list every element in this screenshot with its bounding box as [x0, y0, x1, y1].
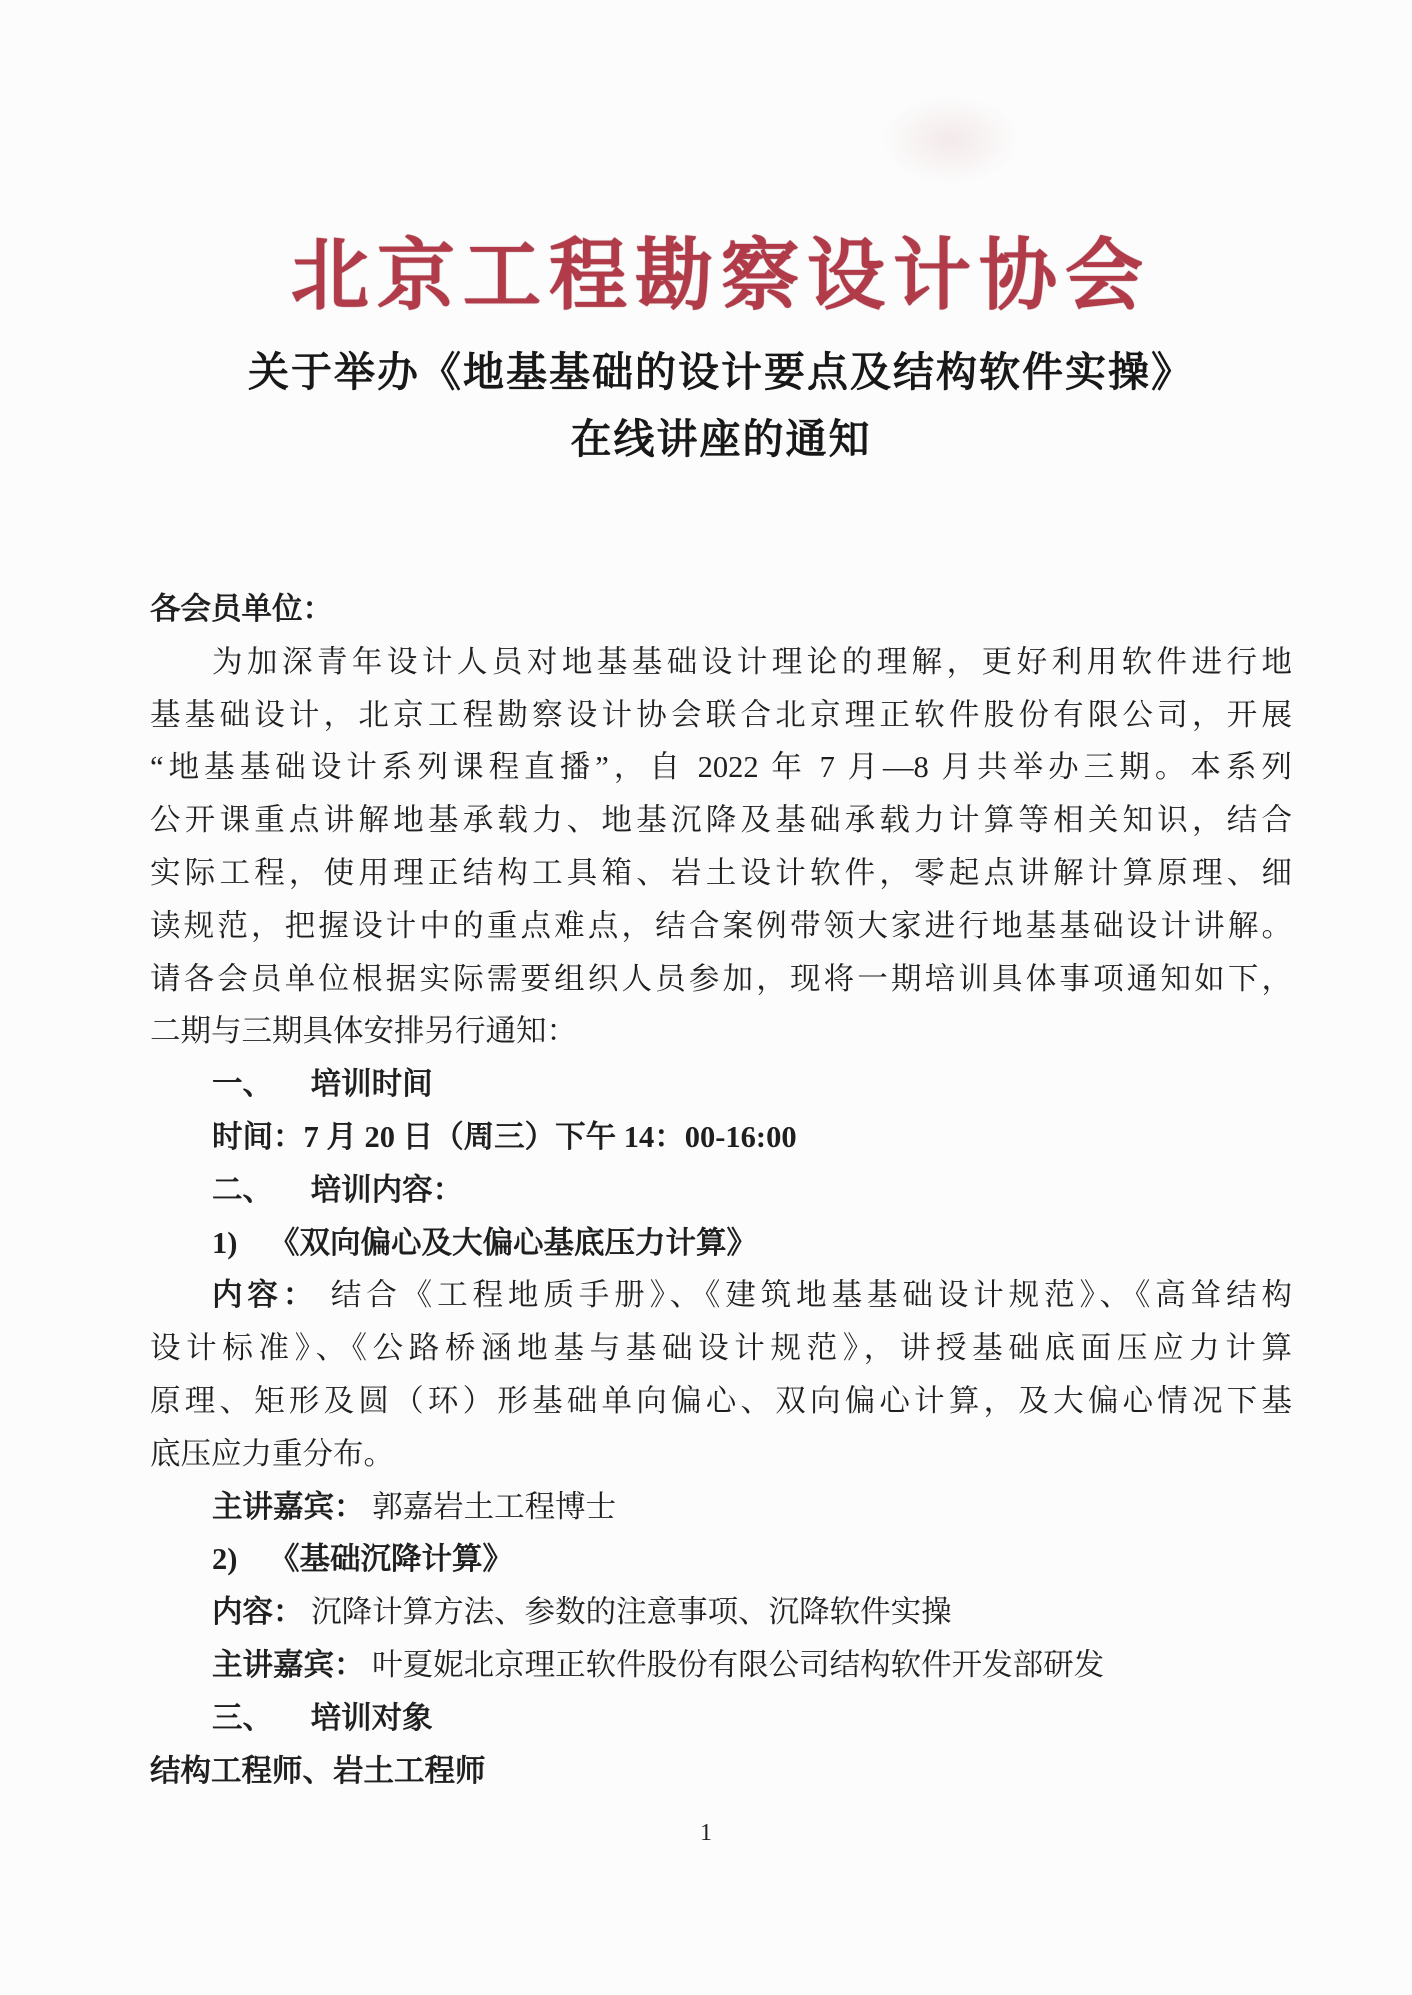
body-line: 为加深青年设计人员对地基基础设计理论的理解，更好利用软件进行地 [150, 636, 1292, 689]
line-text: 基基础设计，北京工程勘察设计协会联合北京理正软件股份有限公司，开展 [150, 698, 1292, 732]
line-text: 结合《工程地质手册》、《建筑地基基础设计规范》、《高耸结构 [331, 1278, 1292, 1312]
line-label: 主讲嘉宾： [212, 1490, 365, 1524]
line-text: 底压应力重分布。 [150, 1437, 394, 1471]
line-text: 培训对象 [311, 1701, 433, 1735]
list-number: 2) [212, 1542, 237, 1576]
list-number: 二、 [212, 1173, 273, 1207]
body-line: 读规范，把握设计中的重点难点，结合案例带领大家进行地基基础设计讲解。 [150, 900, 1292, 953]
list-number: 1) [212, 1226, 237, 1260]
line-text: 实际工程，使用理正结构工具箱、岩土设计软件，零起点讲解计算原理、细 [150, 856, 1292, 890]
line-text: 请各会员单位根据实际需要组织人员参加，现将一期培训具体事项通知如下， [150, 962, 1292, 996]
notice-title-line2: 在线讲座的通知 [150, 406, 1292, 465]
scan-smudge-artifact [880, 95, 1020, 185]
line-label: 内容： [212, 1278, 318, 1312]
line-text: 叶夏妮北京理正软件股份有限公司结构软件开发部研发 [372, 1648, 1104, 1682]
body-line: 1) 《双向偏心及大偏心基底压力计算》 [150, 1217, 1292, 1270]
body-line: 设计标准》、《公路桥涵地基与基础设计规范》，讲授基础底面压应力计算 [150, 1322, 1292, 1375]
line-text: 二期与三期具体安排另行通知： [150, 1014, 577, 1048]
list-number: 一、 [212, 1067, 273, 1101]
body-line: 二、 培训内容： [150, 1164, 1292, 1217]
list-number: 三、 [212, 1701, 273, 1735]
body-line: 三、 培训对象 [150, 1692, 1292, 1745]
notice-body: 各会员单位： 为加深青年设计人员对地基基础设计理论的理解，更好利用软件进行地 基… [150, 583, 1292, 1797]
line-text: 《基础沉降计算》 [269, 1542, 513, 1576]
body-line: 内容： 结合《工程地质手册》、《建筑地基基础设计规范》、《高耸结构 [150, 1269, 1292, 1322]
line-text: 培训内容： [311, 1173, 464, 1207]
body-line: 主讲嘉宾： 叶夏妮北京理正软件股份有限公司结构软件开发部研发 [150, 1639, 1292, 1692]
body-line: 各会员单位： [150, 583, 1292, 636]
body-line: 请各会员单位根据实际需要组织人员参加，现将一期培训具体事项通知如下， [150, 953, 1292, 1006]
notice-title-line1: 关于举办《地基基础的设计要点及结构软件实操》 [150, 339, 1292, 398]
line-text: 郭嘉岩土工程博士 [372, 1490, 616, 1524]
page-number: 1 [0, 1820, 1412, 1847]
line-label: 内容： [212, 1595, 304, 1629]
line-text: 时间：7 月 20 日（周三）下午 14：00-16:00 [212, 1120, 797, 1154]
body-line: 时间：7 月 20 日（周三）下午 14：00-16:00 [150, 1111, 1292, 1164]
line-text: 培训时间 [311, 1067, 433, 1101]
body-line: 内容： 沉降计算方法、参数的注意事项、沉降软件实操 [150, 1586, 1292, 1639]
line-text: 原理、矩形及圆（环）形基础单向偏心、双向偏心计算，及大偏心情况下基 [150, 1384, 1292, 1418]
body-line: 2) 《基础沉降计算》 [150, 1533, 1292, 1586]
body-line: “地基基础设计系列课程直播”，自 2022 年 7 月—8 月共举办三期。本系列 [150, 741, 1292, 794]
line-text: 沉降计算方法、参数的注意事项、沉降软件实操 [311, 1595, 952, 1629]
body-line: 主讲嘉宾： 郭嘉岩土工程博士 [150, 1481, 1292, 1534]
body-line: 一、 培训时间 [150, 1058, 1292, 1111]
organization-title: 北京工程勘察设计协会 [150, 213, 1292, 325]
line-text: 公开课重点讲解地基承载力、地基沉降及基础承载力计算等相关知识，结合 [150, 803, 1292, 837]
line-text: 设计标准》、《公路桥涵地基与基础设计规范》，讲授基础底面压应力计算 [150, 1331, 1292, 1365]
line-text: “地基基础设计系列课程直播”，自 2022 年 7 月—8 月共举办三期。本系列 [150, 750, 1292, 784]
body-line: 基基础设计，北京工程勘察设计协会联合北京理正软件股份有限公司，开展 [150, 689, 1292, 742]
body-line: 原理、矩形及圆（环）形基础单向偏心、双向偏心计算，及大偏心情况下基 [150, 1375, 1292, 1428]
line-text: 《双向偏心及大偏心基底压力计算》 [269, 1226, 757, 1260]
body-line: 底压应力重分布。 [150, 1428, 1292, 1481]
line-label: 主讲嘉宾： [212, 1648, 365, 1682]
body-line: 实际工程，使用理正结构工具箱、岩土设计软件，零起点讲解计算原理、细 [150, 847, 1292, 900]
line-text: 读规范，把握设计中的重点难点，结合案例带领大家进行地基基础设计讲解。 [150, 909, 1292, 943]
body-line: 公开课重点讲解地基承载力、地基沉降及基础承载力计算等相关知识，结合 [150, 794, 1292, 847]
line-text: 为加深青年设计人员对地基基础设计理论的理解，更好利用软件进行地 [212, 645, 1292, 679]
scanned-notice-page: 北京工程勘察设计协会 关于举办《地基基础的设计要点及结构软件实操》 在线讲座的通… [0, 0, 1412, 1995]
body-line: 二期与三期具体安排另行通知： [150, 1005, 1292, 1058]
line-text: 结构工程师、岩土工程师 [150, 1754, 486, 1788]
line-text: 各会员单位： [150, 592, 333, 626]
body-line: 结构工程师、岩土工程师 [150, 1745, 1292, 1798]
